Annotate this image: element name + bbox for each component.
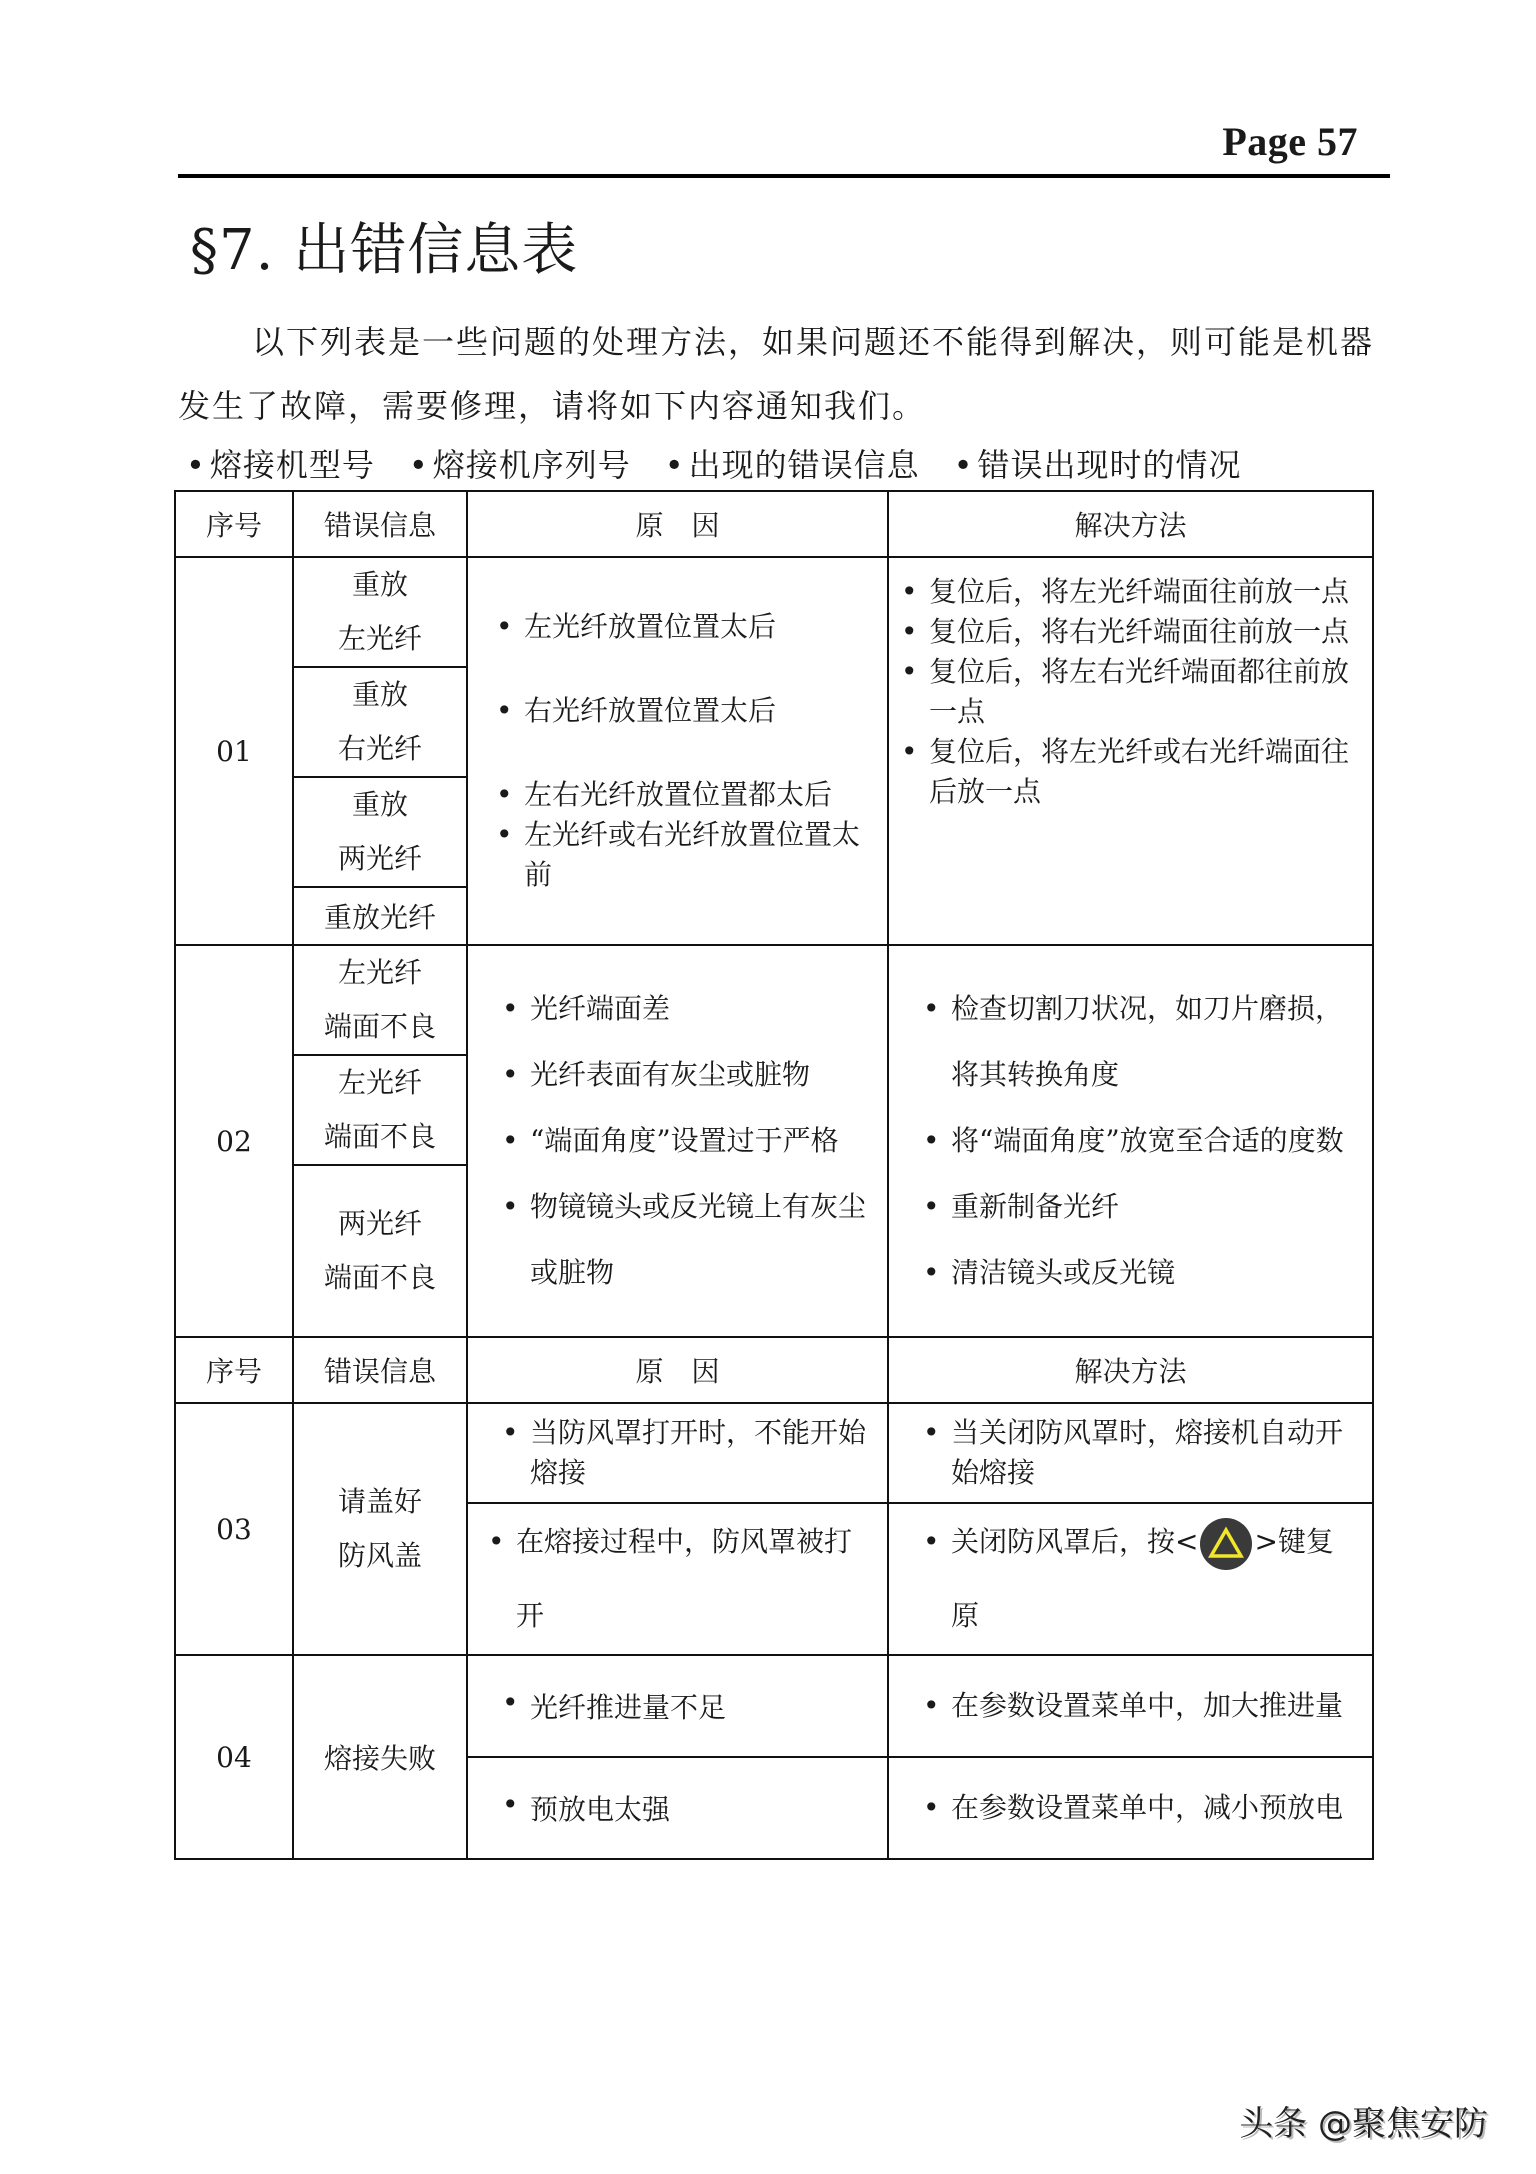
col-header-message: 错误信息 <box>293 1337 467 1403</box>
info-bullet-list: 熔接机型号 熔接机序列号 出现的错误信息 错误出现时的情况 <box>186 440 1242 486</box>
intro-paragraph: 以下列表是一些问题的处理方法，如果问题还不能得到解决，则可能是机器发生了故障，需… <box>178 310 1388 438</box>
cause-cell: 左光纤放置位置太后 右光纤放置位置太后 左右光纤放置位置都太后 左光纤或右光纤放… <box>467 557 888 945</box>
cause-cell: 光纤推进量不足 <box>467 1655 888 1757</box>
solution-item: 在参数设置菜单中，减小预放电 <box>923 1788 1354 1828</box>
cause-cell: 当防风罩打开时，不能开始熔接 <box>467 1403 888 1503</box>
info-bullet: 熔接机序列号 <box>409 440 631 486</box>
solution-item: 清洁镜头或反光镜 <box>923 1240 1354 1306</box>
cause-item: 右光纤放置位置太后 <box>496 691 869 731</box>
solution-cell: 在参数设置菜单中，减小预放电 <box>888 1757 1373 1859</box>
col-header-cause: 原 因 <box>467 491 888 557</box>
cause-cell: 在熔接过程中，防风罩被打开 <box>467 1503 888 1655</box>
solution-cell: 复位后，将左光纤端面往前放一点 复位后，将右光纤端面往前放一点 复位后，将左右光… <box>888 557 1373 945</box>
error-message: 熔接失败 <box>293 1655 467 1859</box>
row-no: 03 <box>175 1403 293 1655</box>
error-table: 序号 错误信息 原 因 解决方法 01 重放左光纤 左光纤放置位置太后 右光纤放… <box>174 490 1374 1860</box>
triangle-key-icon <box>1200 1518 1252 1570</box>
solution-text-prefix: 关闭防风罩后，按< <box>951 1525 1198 1558</box>
solution-item: 重新制备光纤 <box>923 1174 1354 1240</box>
col-header-solution: 解决方法 <box>888 491 1373 557</box>
solution-cell: 关闭防风罩后，按<>键复原 <box>888 1503 1373 1655</box>
header-rule <box>178 174 1390 178</box>
page-number: Page 57 <box>1222 118 1358 165</box>
cause-item: 左右光纤放置位置都太后 <box>496 775 869 815</box>
info-bullet: 错误出现时的情况 <box>954 440 1242 486</box>
solution-item: 检查切割刀状况，如刀片磨损，将其转换角度 <box>923 976 1354 1108</box>
error-message: 重放左光纤 <box>293 557 467 667</box>
solution-item: 关闭防风罩后，按<>键复原 <box>923 1505 1354 1653</box>
table-row: 04 熔接失败 光纤推进量不足 在参数设置菜单中，加大推进量 <box>175 1655 1373 1757</box>
row-no: 01 <box>175 557 293 945</box>
solution-item: 将“端面角度”放宽至合适的度数 <box>923 1108 1354 1174</box>
error-message: 重放右光纤 <box>293 667 467 777</box>
col-header-no: 序号 <box>175 1337 293 1403</box>
cause-item: 光纤端面差 <box>502 976 869 1042</box>
cause-item: 光纤表面有灰尘或脏物 <box>502 1042 869 1108</box>
col-header-message: 错误信息 <box>293 491 467 557</box>
solution-cell: 检查切割刀状况，如刀片磨损，将其转换角度 将“端面角度”放宽至合适的度数 重新制… <box>888 945 1373 1337</box>
cause-item: 左光纤或右光纤放置位置太前 <box>496 815 869 895</box>
col-header-no: 序号 <box>175 491 293 557</box>
error-message: 重放光纤 <box>293 887 467 945</box>
cause-item: 在熔接过程中，防风罩被打开 <box>488 1505 869 1653</box>
row-no: 04 <box>175 1655 293 1859</box>
error-message: 重放两光纤 <box>293 777 467 887</box>
table-row: 02 左光纤端面不良 光纤端面差 光纤表面有灰尘或脏物 “端面角度”设置过于严格… <box>175 945 1373 1055</box>
solution-item: 复位后，将左光纤端面往前放一点 <box>901 572 1354 612</box>
solution-item: 复位后，将左光纤或右光纤端面往后放一点 <box>901 732 1354 812</box>
error-message: 左光纤端面不良 <box>293 945 467 1055</box>
cause-item: 物镜镜头或反光镜上有灰尘或脏物 <box>502 1174 869 1306</box>
row-no: 02 <box>175 945 293 1337</box>
solution-cell: 在参数设置菜单中，加大推进量 <box>888 1655 1373 1757</box>
col-header-cause: 原 因 <box>467 1337 888 1403</box>
cause-cell: 预放电太强 <box>467 1757 888 1859</box>
table-row: 03 请盖好防风盖 当防风罩打开时，不能开始熔接 当关闭防风罩时，熔接机自动开始… <box>175 1403 1373 1503</box>
section-title: §7. 出错信息表 <box>190 206 578 286</box>
solution-item: 在参数设置菜单中，加大推进量 <box>923 1686 1354 1726</box>
error-message: 请盖好防风盖 <box>293 1403 467 1655</box>
table-row: 01 重放左光纤 左光纤放置位置太后 右光纤放置位置太后 左右光纤放置位置都太后… <box>175 557 1373 667</box>
cause-item: 当防风罩打开时，不能开始熔接 <box>502 1413 869 1493</box>
solution-item: 复位后，将右光纤端面往前放一点 <box>901 612 1354 652</box>
solution-item: 当关闭防风罩时，熔接机自动开始熔接 <box>923 1413 1354 1493</box>
solution-item: 复位后，将左右光纤端面都往前放一点 <box>901 652 1354 732</box>
cause-item: 预放电太强 <box>502 1788 869 1828</box>
watermark: 头条 @聚焦安防 <box>1239 2096 1488 2145</box>
cause-item: 光纤推进量不足 <box>502 1686 869 1726</box>
table-header-row: 序号 错误信息 原 因 解决方法 <box>175 491 1373 557</box>
cause-item: “端面角度”设置过于严格 <box>502 1108 869 1174</box>
col-header-solution: 解决方法 <box>888 1337 1373 1403</box>
cause-cell: 光纤端面差 光纤表面有灰尘或脏物 “端面角度”设置过于严格 物镜镜头或反光镜上有… <box>467 945 888 1337</box>
solution-cell: 当关闭防风罩时，熔接机自动开始熔接 <box>888 1403 1373 1503</box>
info-bullet: 出现的错误信息 <box>665 440 920 486</box>
info-bullet: 熔接机型号 <box>186 440 375 486</box>
error-message: 左光纤端面不良 <box>293 1055 467 1165</box>
table-header-row: 序号 错误信息 原 因 解决方法 <box>175 1337 1373 1403</box>
cause-item: 左光纤放置位置太后 <box>496 607 869 647</box>
error-message: 两光纤端面不良 <box>293 1165 467 1337</box>
